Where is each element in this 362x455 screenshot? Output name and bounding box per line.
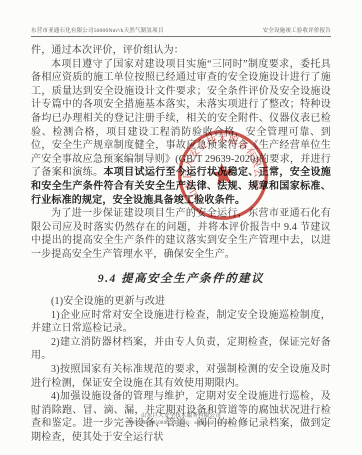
subsection-1-title: (1)安全设施的更新与改进 [31,295,331,309]
page-footer: 山东巨人安全技术服务有限公司 Tel:0546-8050800，E-mail：s… [0,412,362,428]
document-page: 东营市亚通石化有限公司50000Nm³/h天然气制氢项目 安全设施竣工验收评价报… [0,0,362,455]
footer-contact-info: Tel:0546-8050800，E-mail：sdjrsgs@163.com [0,420,362,428]
header-project-title: 东营市亚通石化有限公司50000Nm³/h天然气制氢项目 [31,26,164,34]
list-item-3: 3)按照国家有关标准规范的要求，对强制检测的安全设施及时进行检测，保证安全设施在… [31,363,331,390]
list-item-1: 1)企业应时常对安全设施进行检查，制定安全设施巡检制度，并建立日常巡检记录。 [31,309,331,336]
compliance-text: 本项目遵守了国家对建设项目实施“三同时”制度要求，委托具备相应资质的施工单位按照… [31,59,331,179]
footer-company-name: 山东巨人安全技术服务有限公司 [0,412,362,420]
running-header: 东营市亚通石化有限公司50000Nm³/h天然气制氢项目 安全设施竣工验收评价报… [31,26,331,37]
header-report-title: 安全设施竣工验收评价报告 [263,26,331,34]
section-heading-9-4: 9.4 提高安全生产条件的建议 [31,273,331,287]
list-item-2: 2)建立消防器材档案，并由专人负责，定期检查，保证完好备用。 [31,336,331,363]
paragraph-intro: 件，通过本次评价，评价组认为： [31,44,331,58]
document-body: 件，通过本次评价，评价组认为： 本项目遵守了国家对建设项目实施“三同时”制度要求… [31,44,331,445]
paragraph-compliance: 本项目遵守了国家对建设项目实施“三同时”制度要求，委托具备相应资质的施工单位按照… [31,58,331,208]
paragraph-recommendation-lead: 为了进一步保证建设项目生产的安全运行，东营市亚通石化有限公司应及时落实仍然存在的… [31,207,331,261]
